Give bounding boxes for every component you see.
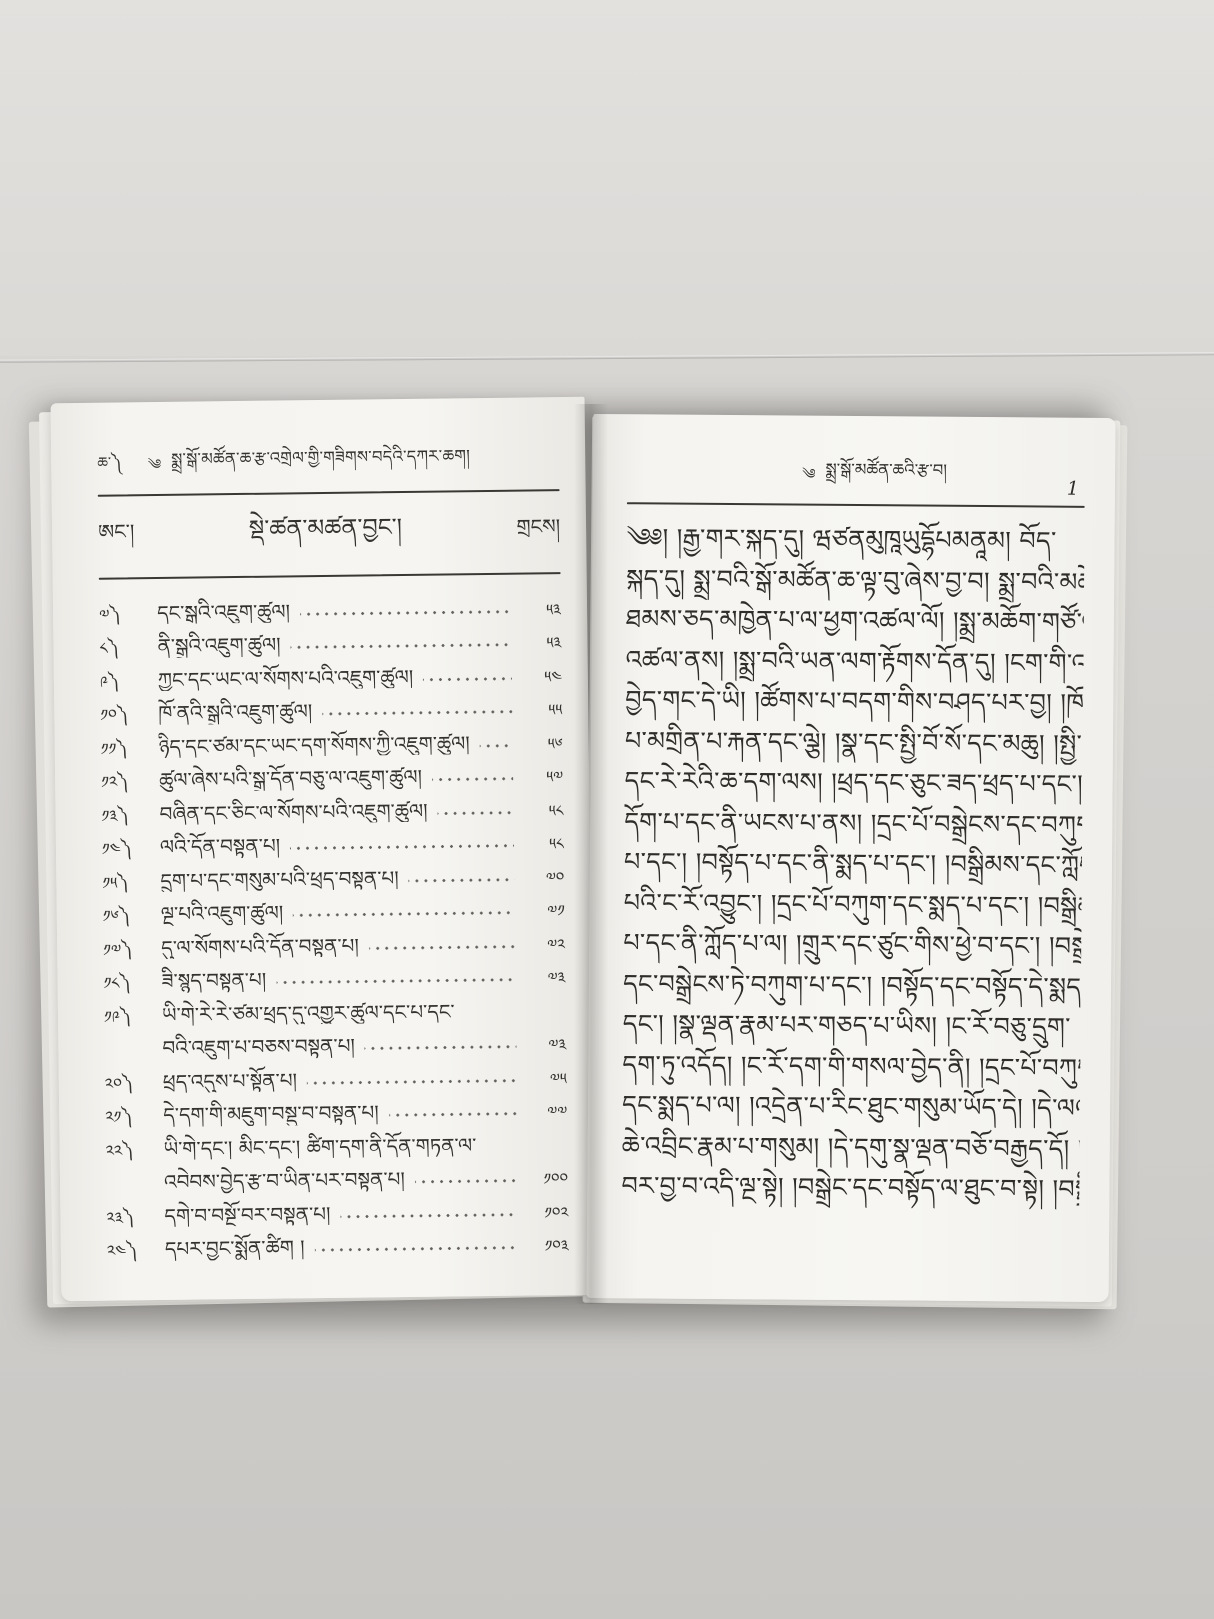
toc-row: ༡༠༽ཁོ་ནའི་སྒྲའི་འཇུག་ཚུལ།༥༥ — [100, 686, 562, 725]
toc-entry-title: ཀྱང་དང་ཡང་ལ་སོགས་པའི་འཇུག་ཚུལ། — [158, 654, 414, 691]
photo-background: ཆ་༽ ༄ སྨྲ་སྒོ་མཚོན་ཆ་རྩ་འགྲེལ་གྱི་གཟིགས་… — [0, 0, 1214, 1619]
dot-leader — [486, 1137, 517, 1151]
left-page-title: སྨྲ་སྒོ་མཚོན་ཆ་རྩ་འགྲེལ་གྱི་གཟིགས་བདེའི་… — [171, 438, 470, 488]
body-text-line: པ་མགྲིན་པ་རྐན་དང་ལྕེ། །སྣ་དང་སྤྱི་བོ་སོ་… — [625, 721, 1083, 765]
toc-row: བའི་འཇུག་པ་བཅས་བསྟན་པ།༧༣ — [104, 1021, 566, 1060]
toc-column-header: ཨང་། སྡེ་ཚན་མཚན་བྱང་། གྲངས། — [98, 499, 561, 572]
body-text-line: ༄༅། །རྒྱ་གར་སྐད་དུ། ཝཙནམུཁཱཡུདྷོཔམནཱམ། བ… — [626, 518, 1084, 562]
left-page: ཆ་༽ ༄ སྨྲ་སྒོ་མཚོན་ཆ་རྩ་འགྲེལ་གྱི་གཟིགས་… — [51, 397, 596, 1301]
dot-leader — [340, 1204, 518, 1220]
column-title-label: སྡེ་ཚན་མཚན་བྱང་། — [134, 500, 517, 572]
toc-entry-number: ༡༨༽ — [103, 965, 162, 993]
toc-entry-number: ༧༽ — [99, 597, 158, 625]
toc-row: ༨༽ནི་སྒྲའི་འཇུག་ཚུལ།༥༣ — [99, 619, 561, 658]
right-page-header: ༄ སྨྲ་སྒོ་མཚོན་ཆའི་རྩ་བ། 1 — [627, 450, 1085, 500]
toc-row: ༡༢༽ཚུལ་ཞེས་པའི་སྒྲ་དོན་བཅུ་ལ་འཇུག་ཚུལ།༥༧ — [101, 753, 563, 792]
dot-leader — [300, 601, 511, 618]
body-text-line: ཐམས་ཅད་མཁྱེན་པ་ལ་ཕྱག་འཚལ་ལོ། །སྨྲ་མཆོག་ག… — [626, 599, 1084, 643]
toc-entry-title: དགེ་བ་བསྔོ་བར་བསྟན་པ། — [164, 1192, 331, 1228]
toc-entry-number: ༢༤༽ — [107, 1233, 166, 1261]
toc-row: ༧༽དང་སྒྲའི་འཇུག་ཚུལ།༥༣ — [99, 586, 561, 625]
toc-row: ༡༩༽ཡི་གེ་རེ་རེ་ཙམ་ཕྲད་དུ་འགྱུར་ཚུལ་དང་པ་… — [104, 988, 566, 1027]
toc-entry-number: ༡༤༽ — [102, 831, 161, 859]
body-text-line: དག་ཏུ་འདོད། །ང་རོ་དག་གི་གསལ་བྱེད་ནི། །དྲ… — [622, 1045, 1080, 1089]
toc-entry-number: ༡༡༽ — [101, 731, 160, 759]
book-spine-gutter — [574, 404, 608, 1304]
column-page-label: གྲངས། — [516, 504, 560, 561]
toc-entry-number: ༩༽ — [100, 664, 159, 692]
toc-entry-number: ༡༩༽ — [104, 999, 163, 1027]
toc-entry-title: དེ་དག་གི་མཇུག་བསྡུ་བ་བསྟན་པ། — [163, 1090, 379, 1127]
body-text-line: དང་། །སྣ་ལྡན་རྣམ་པར་གཅད་པ་ཡིས། །ང་རོ་བཅུ… — [623, 1004, 1081, 1048]
right-page: ༄ སྨྲ་སྒོ་མཚོན་ཆའི་རྩ་བ། 1 ༄༅། །རྒྱ་གར་ས… — [587, 414, 1116, 1302]
toc-entry-title: ཡི་གེ་རེ་རེ་ཙམ་ཕྲད་དུ་འགྱུར་ཚུལ་དང་པ་དང་ — [162, 989, 455, 1027]
toc-entry-title: དྲུག་པ་དང་གསུམ་པའི་ཕྲད་བསྟན་པ། — [160, 856, 399, 893]
body-text-line: དང་རེ་རེའི་ཆ་དག་ལས། །ཕྲད་དང་ཅུང་ཟད་ཕྲད་པ… — [624, 761, 1082, 805]
dot-leader — [415, 1171, 518, 1186]
toc-entry-number — [106, 1189, 164, 1190]
toc-table: ༧༽དང་སྒྲའི་འཇུག་ཚུལ།༥༣༨༽ནི་སྒྲའི་འཇུག་ཚུ… — [99, 586, 569, 1262]
dot-leader — [465, 1003, 517, 1018]
toc-entry-number: ༡༥༽ — [102, 865, 161, 893]
toc-entry-page: ༡༠༣ — [529, 1228, 569, 1261]
body-text-line: པ་དང་ནི་ཀློད་པ་ལ། །གྲུར་དང་ཙུང་གིས་ཕྱེ་བ… — [623, 923, 1081, 967]
folio-label: ཆ་༽ — [97, 446, 122, 488]
toc-entry-number: ༡༧༽ — [103, 932, 162, 960]
dot-leader — [322, 702, 512, 718]
body-text-line: ཆེ་འབྲིང་རྣམ་པ་གསུམ། །དེ་དགུ་སྣ་ལྡན་བཅོ་… — [622, 1126, 1080, 1170]
toc-entry-number — [105, 1055, 163, 1056]
dot-leader — [369, 936, 516, 952]
body-text-line: འཚལ་ནས། །སྨྲ་བའི་ཡན་ལག་རྟོགས་དོན་དུ། །ངག… — [625, 640, 1083, 684]
toc-entry-title: ཟི་སྙད་བསྟན་པ། — [161, 958, 266, 993]
toc-row: ༡༥༽དྲུག་པ་དང་གསུམ་པའི་ཕྲད་བསྟན་པ།༧༠ — [102, 854, 564, 893]
dot-leader — [293, 903, 515, 920]
toc-row: ༡༨༽ཟི་སྙད་བསྟན་པ།༧༣ — [103, 954, 565, 993]
dot-leader — [437, 802, 513, 817]
dot-leader — [307, 1070, 517, 1087]
toc-entry-title: ཡི་གེ་དང་། མིང་དང་། ཚིག་དག་ནི་དོན་གཏན་ལ་ — [163, 1123, 476, 1161]
toc-entry-title: ཉིད་དང་ཙམ་དང་ཡང་དག་སོགས་ཀྱི་འཇུག་ཚུལ། — [158, 721, 470, 759]
dot-leader — [365, 1037, 517, 1053]
dot-leader — [290, 836, 514, 853]
toc-row: ༢༢༽ཡི་གེ་དང་། མིང་དང་། ཚིག་དག་ནི་དོན་གཏན… — [105, 1122, 567, 1161]
backdrop-upper-wall — [0, 0, 1214, 356]
left-page-header: ཆ་༽ ༄ སྨྲ་སྒོ་མཚོན་ཆ་རྩ་འགྲེལ་གྱི་གཟིགས་… — [97, 437, 560, 489]
toc-row: ༢༤༽དཔར་བྱང་སྨོན་ཚིག །༡༠༣ — [107, 1222, 569, 1261]
toc-entry-title: དཔར་བྱང་སྨོན་ཚིག ། — [165, 1225, 305, 1261]
toc-entry-number: ༡༠༽ — [100, 697, 159, 725]
toc-row: ༡༧༽དུ་ལ་སོགས་པའི་དོན་བསྟན་པ།༧༢ — [103, 921, 565, 960]
page-number: 1 — [947, 477, 1085, 500]
body-text-line: པ་དང་། །བསྟོད་པ་དང་ནི་སྨད་པ་དང་། །བསྒྲིམ… — [624, 842, 1082, 886]
toc-entry-number: ༡༦༽ — [103, 898, 162, 926]
toc-row: ༢༣༽དགེ་བ་བསྔོ་བར་བསྟན་པ།༡༠༢ — [106, 1189, 568, 1228]
body-text-line: བྱེད་གང་དེ་ཡི། །ཚོགས་པ་བདག་གིས་བཤད་པར་བྱ… — [625, 680, 1083, 724]
dot-leader — [480, 735, 513, 749]
toc-entry-title: བཞིན་དང་ཅིང་ལ་སོགས་པའི་འཇུག་ཚུལ། — [159, 788, 428, 825]
toc-entry-title: ཚུལ་ཞེས་པའི་སྒྲ་དོན་བཅུ་ལ་འཇུག་ཚུལ། — [159, 755, 423, 792]
body-text-line: སྐད་དུ། སྨྲ་བའི་སྒོ་མཚོན་ཆ་ལྟ་བུ་ཞེས་བྱ་… — [626, 559, 1084, 603]
open-book: ཆ་༽ ༄ སྨྲ་སྒོ་མཚོན་ཆ་རྩ་འགྲེལ་གྱི་གཟིགས་… — [28, 382, 1110, 1332]
toc-entry-title: དུ་ལ་སོགས་པའི་དོན་བསྟན་པ། — [161, 923, 359, 960]
toc-row: ༡༡༽ཉིད་དང་ཙམ་དང་ཡང་དག་སོགས་ཀྱི་འཇུག་ཚུལ།… — [100, 720, 562, 759]
toc-entry-title: ཁོ་ནའི་སྒྲའི་འཇུག་ཚུལ། — [158, 689, 313, 725]
toc-entry-title: ནི་སྒྲའི་འཇུག་ཚུལ། — [157, 623, 281, 659]
toc-entry-title: བའི་འཇུག་པ་བཅས་བསྟན་པ། — [162, 1024, 355, 1061]
toc-row: ༢༠༽ཕྲད་འདུས་པ་སྟོན་པ།༧༥ — [105, 1055, 567, 1094]
toc-entry-number: ༡༢༽ — [101, 764, 160, 792]
body-text-line: པའི་ང་རོ་འབྱུང་། །དྲང་པོ་བཀུག་དང་སྨད་པ་ད… — [623, 883, 1081, 927]
toc-entry-title: ལྔ་པའི་འཇུག་ཚུལ། — [161, 891, 284, 927]
toc-row: ༡༣༽བཞིན་དང་ཅིང་ལ་སོགས་པའི་འཇུག་ཚུལ།༥༨ — [101, 787, 563, 826]
body-text-line: དང་སྨད་པ་ལ། །འདྲེན་པ་རིང་ཐུང་གསུམ་ཡོད་དེ… — [622, 1085, 1080, 1129]
body-text-line: བར་བྱ་བ་འདི་ལྔ་སྟེ། །བསྒྲེང་དང་བསྟོད་ལ་ཐ… — [621, 1166, 1079, 1210]
dot-leader — [389, 1104, 518, 1120]
toc-entry-title: ཕྲད་འདུས་པ་སྟོན་པ། — [163, 1058, 298, 1094]
toc-entry-number: ༢༡༽ — [105, 1099, 164, 1127]
toc-row: འབེབས་བྱེད་རྩ་བ་ཡིན་པར་བསྟན་པ།༡༠༠ — [106, 1155, 568, 1194]
header-rule — [98, 489, 560, 497]
toc-entry-number: ༨༽ — [99, 630, 158, 658]
toc-row: ༡༦༽ལྔ་པའི་འཇུག་ཚུལ།༧༡ — [103, 887, 565, 926]
toc-entry-title: དང་སྒྲའི་འཇུག་ཚུལ། — [157, 589, 291, 625]
toc-row: ༢༡༽དེ་དག་གི་མཇུག་བསྡུ་བ་བསྟན་པ།༧༧ — [105, 1088, 567, 1127]
dot-leader — [432, 769, 513, 784]
yig-mgo-ornament-icon: ༄ — [802, 458, 816, 498]
dot-leader — [409, 869, 515, 884]
dot-leader — [423, 668, 512, 683]
column-no-label: ཨང་། — [98, 509, 135, 565]
right-page-title: སྨྲ་སྒོ་མཚོན་ཆའི་རྩ་བ། — [825, 452, 947, 499]
yig-mgo-ornament-icon: ༄ — [148, 448, 162, 488]
body-text-line: དོག་པ་དང་ནི་ཡངས་པ་ནས། །དྲང་པོ་བསྒྲེངས་དང… — [624, 802, 1082, 846]
toc-entry-number: ༡༣༽ — [101, 798, 160, 826]
toc-entry-number: ༢༣༽ — [106, 1200, 165, 1228]
body-text-line: དང་བསྒྲེངས་ཏེ་བཀུག་པ་དང་། །བསྟོད་དང་བསྟོ… — [623, 964, 1081, 1008]
dot-leader — [291, 635, 512, 652]
dot-leader — [315, 1238, 519, 1254]
toc-row: ༩༽ཀྱང་དང་ཡང་ལ་སོགས་པའི་འཇུག་ཚུལ།༥༤ — [100, 653, 562, 692]
toc-entry-title: ལའི་དོན་བསྟན་པ། — [160, 824, 281, 860]
dot-leader — [276, 970, 516, 987]
toc-entry-number: ༢༠༽ — [105, 1066, 164, 1094]
header-rule — [627, 502, 1085, 508]
body-text: ༄༅། །རྒྱ་གར་སྐད་དུ། ཝཙནམུཁཱཡུདྷོཔམནཱམ། བ… — [621, 518, 1084, 1210]
column-header-rule — [99, 572, 561, 579]
toc-entry-title: འབེབས་བྱེད་རྩ་བ་ཡིན་པར་བསྟན་པ། — [164, 1157, 405, 1194]
toc-row: ༡༤༽ལའི་དོན་བསྟན་པ།༥༨ — [102, 820, 564, 859]
toc-entry-number: ༢༢༽ — [105, 1133, 164, 1161]
